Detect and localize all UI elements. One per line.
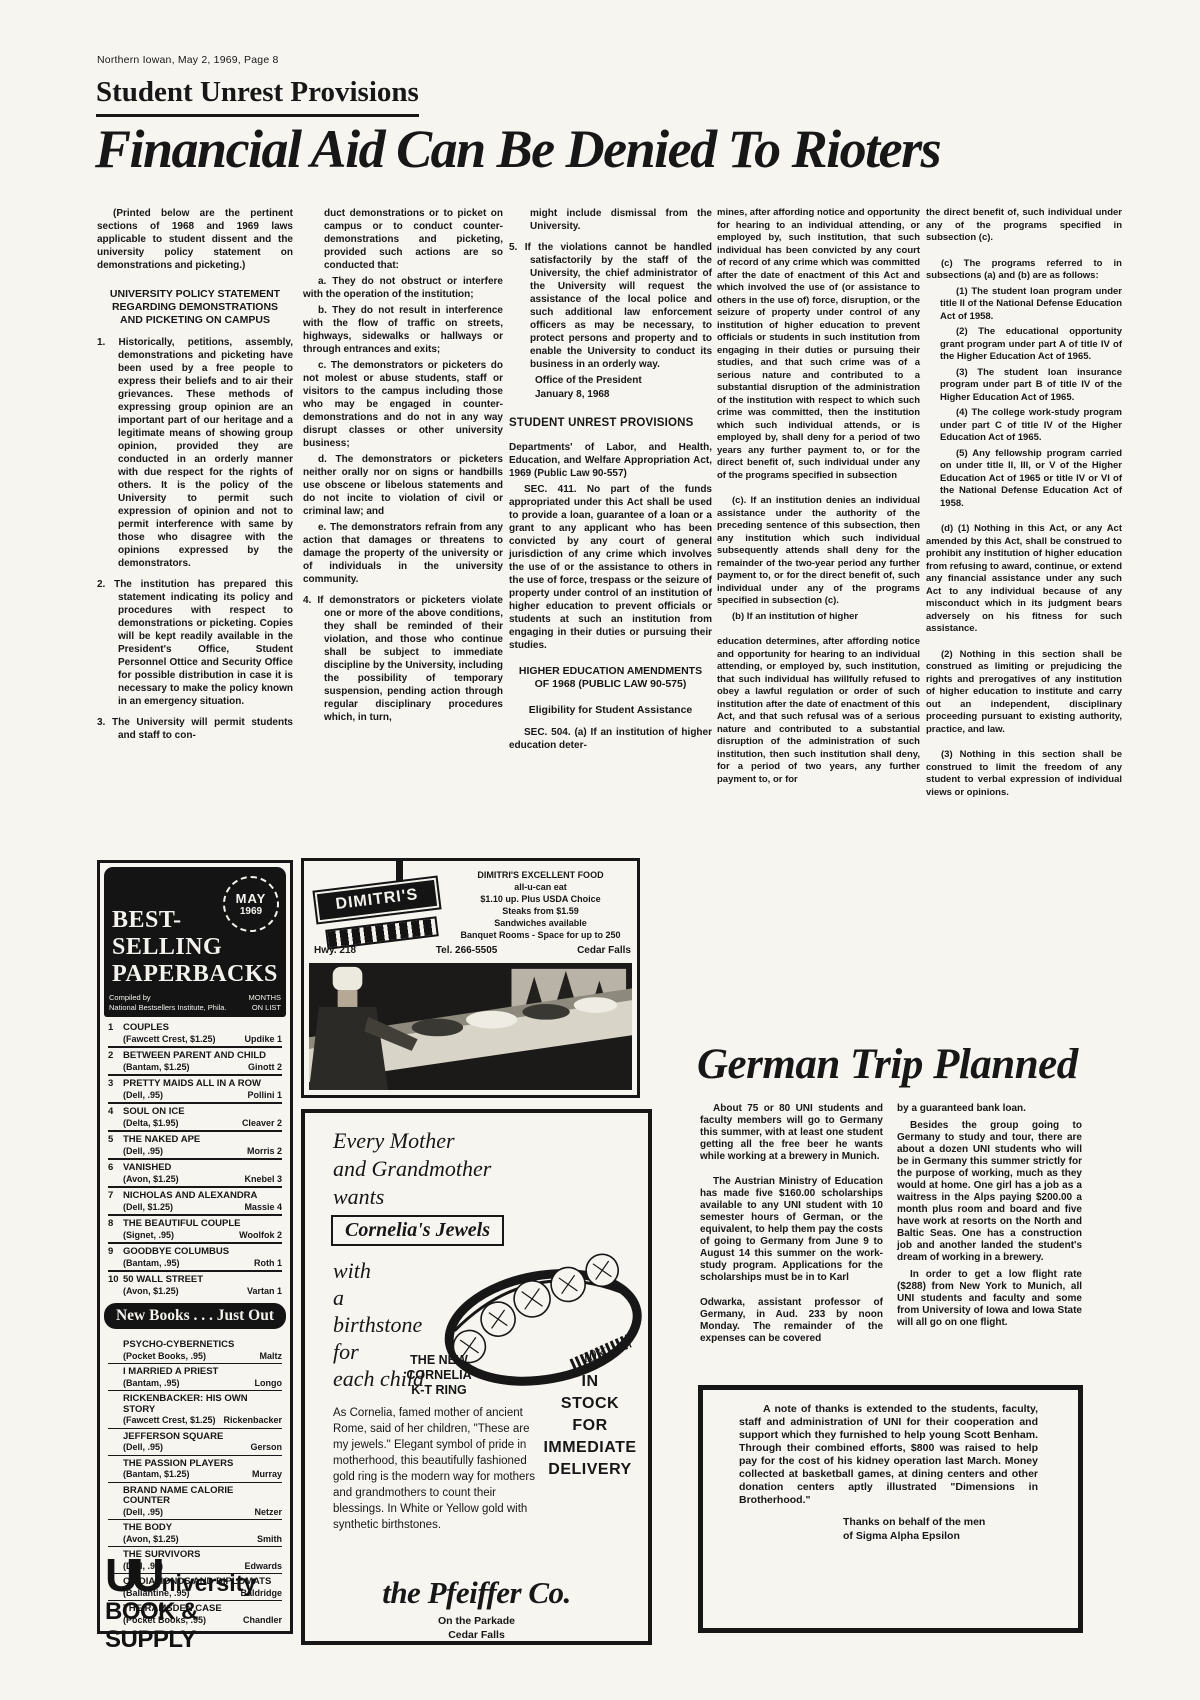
bestseller-entry: 6 VANISHED (Avon, $1.25) Knebel 3 bbox=[108, 1160, 282, 1188]
new-book-entry: THE PASSION PLAYERS (Bantam, $1.25) Murr… bbox=[108, 1456, 282, 1483]
book-months-on-list: 2 bbox=[277, 1062, 282, 1072]
book-publisher-price: (Dell, .95) bbox=[123, 1442, 163, 1453]
book-title-line: 9 GOODBYE COLUMBUS bbox=[108, 1247, 282, 1258]
book-title-line: 4 SOUL ON ICE bbox=[108, 1107, 282, 1118]
ad-stacked-line: a bbox=[333, 1284, 424, 1311]
article-paragraph: education determines, after affording no… bbox=[717, 636, 920, 786]
book-months-on-list: 1 bbox=[277, 1258, 282, 1268]
store-location: On the ParkadeCedar Falls bbox=[305, 1615, 648, 1642]
book-detail-line: (Avon, $1.25) Knebel 3 bbox=[108, 1174, 282, 1185]
ad-lead-line: and Grandmother bbox=[333, 1155, 491, 1183]
ad-lead-text: Every Motherand Grandmotherwants bbox=[333, 1127, 491, 1211]
article-paragraph: (b) If an institution of higher bbox=[717, 611, 920, 624]
article-paragraph: might include dismissal from the Univers… bbox=[509, 207, 712, 233]
article-paragraph: Departments' of Labor, and Health, Educa… bbox=[509, 441, 712, 480]
ad-stacked-line: birthstone bbox=[333, 1311, 424, 1338]
book-title-line: THE BODY bbox=[108, 1523, 282, 1534]
article-paragraph: (2) Nothing in this section shall be con… bbox=[926, 649, 1122, 737]
book-detail-line: (Signet, .95) Woolfok 2 bbox=[108, 1230, 282, 1241]
book-detail-line: (Dell, .95) Netzer bbox=[108, 1507, 282, 1518]
book-title-line: 5 THE NAKED APE bbox=[108, 1135, 282, 1146]
book-author: Netzer bbox=[254, 1507, 282, 1517]
book-rank bbox=[108, 1432, 123, 1443]
book-author-months: Cleaver 2 bbox=[238, 1118, 282, 1129]
book-publisher-price: (Avon, $1.25) bbox=[123, 1534, 179, 1545]
book-author: Updike bbox=[244, 1034, 274, 1044]
uu-logo-glyph: UU bbox=[105, 1548, 157, 1602]
book-publisher-price: (Signet, .95) bbox=[123, 1230, 174, 1241]
book-rank: 4 bbox=[108, 1107, 123, 1118]
article-column-1: (Printed below are the pertinent section… bbox=[97, 207, 293, 745]
book-title: GOODBYE COLUMBUS bbox=[123, 1247, 229, 1258]
bestseller-entry: 9 GOODBYE COLUMBUS (Bantam, .95) Roth 1 bbox=[108, 1244, 282, 1272]
book-publisher-price: (Bantam, $1.25) bbox=[123, 1062, 190, 1073]
article-paragraph: b. They do not result in interference wi… bbox=[303, 304, 503, 356]
book-title: PSYCHO-CYBERNETICS bbox=[123, 1340, 234, 1351]
compiled-by-block: Compiled by National Bestsellers Institu… bbox=[109, 993, 281, 1012]
buffet-photo-art bbox=[309, 963, 632, 1090]
article-paragraph: 2. The institution has prepared this sta… bbox=[97, 578, 293, 708]
new-book-entry: JEFFERSON SQUARE (Dell, .95) Gerson bbox=[108, 1429, 282, 1456]
book-author: Woolfok bbox=[239, 1230, 274, 1240]
compiled-by-line2: National Bestsellers Institute, Phila. bbox=[109, 1003, 227, 1013]
dimitris-ad-line: $1.10 up. Plus USDA Choice bbox=[444, 893, 637, 905]
book-rank bbox=[108, 1523, 123, 1534]
compiled-by-line1: Compiled by bbox=[109, 993, 227, 1003]
book-detail-line: (Dell, .95) Gerson bbox=[108, 1442, 282, 1453]
article-paragraph: SEC. 411. No part of the funds appropria… bbox=[509, 483, 712, 652]
book-detail-line: (Bantam, .95) Longo bbox=[108, 1378, 282, 1389]
article-paragraph: (c). If an institution denies an individ… bbox=[717, 495, 920, 608]
book-months-on-list: 1 bbox=[277, 1034, 282, 1044]
university-book-supply-logo: UU niversity BOOK & SUPPLY bbox=[105, 1548, 293, 1654]
article-paragraph: a. They do not obstruct or interfere wit… bbox=[303, 275, 503, 301]
book-title: NICHOLAS AND ALEXANDRA bbox=[123, 1191, 257, 1202]
buffet-photo bbox=[309, 963, 632, 1090]
book-publisher-price: (Bantam, $1.25) bbox=[123, 1469, 190, 1480]
dimitris-ad-line: Sandwiches available bbox=[444, 917, 637, 929]
article-paragraph: mines, after affording notice and opport… bbox=[717, 207, 920, 482]
in-stock-banner: INSTOCKFORIMMEDIATEDELIVERY bbox=[537, 1371, 643, 1481]
book-title: I MARRIED A PRIEST bbox=[123, 1367, 218, 1378]
dimitris-restaurant-ad: DIMITRI'S DIMITRI'S EXCELLENT FOODall-u-… bbox=[301, 858, 640, 1098]
article-paragraph: (1) The student loan program under title… bbox=[926, 286, 1122, 324]
article-column-3: might include dismissal from the Univers… bbox=[509, 207, 712, 755]
book-months-on-list: 3 bbox=[277, 1174, 282, 1184]
store-name-line: UU niversity bbox=[105, 1548, 293, 1602]
article-paragraph: STUDENT UNREST PROVISIONS bbox=[509, 417, 712, 430]
book-publisher-price: (Avon, $1.25) bbox=[123, 1174, 179, 1185]
book-publisher-price: (Dell, .95) bbox=[123, 1090, 163, 1101]
book-author-months: Ginott 2 bbox=[244, 1062, 282, 1073]
book-detail-line: (Avon, $1.25) Vartan 1 bbox=[108, 1286, 282, 1297]
in-stock-line: STOCK bbox=[537, 1393, 643, 1415]
city-label: Cedar Falls bbox=[577, 945, 631, 956]
product-name: THE NEWCORNELIAK-T RING bbox=[391, 1353, 487, 1398]
article-paragraph: UNIVERSITY POLICY STATEMENT REGARDING DE… bbox=[101, 288, 289, 327]
article-paragraph: (Printed below are the pertinent section… bbox=[97, 207, 293, 272]
book-author-months: Netzer bbox=[250, 1507, 282, 1518]
book-publisher-price: (Delta, $1.95) bbox=[123, 1118, 179, 1129]
article-paragraph: Besides the group going to Germany to st… bbox=[897, 1120, 1082, 1264]
bestselling-paperbacks-ad: MAY 1969 BEST-SELLING PAPERBACKS Compile… bbox=[97, 860, 293, 1634]
book-author-months: Longo bbox=[251, 1378, 283, 1389]
book-detail-line: (Dell, .95) Pollini 1 bbox=[108, 1090, 282, 1101]
store-name: niversity bbox=[161, 1570, 256, 1597]
store-name-line2: BOOK & SUPPLY bbox=[105, 1598, 293, 1654]
book-detail-line: (Dell, $1.25) Massie 4 bbox=[108, 1202, 282, 1213]
german-trip-column-2: by a guaranteed bank loan.Besides the gr… bbox=[897, 1103, 1082, 1334]
article-paragraph: by a guaranteed bank loan. bbox=[897, 1103, 1082, 1115]
book-author-months: Woolfok 2 bbox=[235, 1230, 282, 1241]
book-title-line: I MARRIED A PRIEST bbox=[108, 1367, 282, 1378]
new-book-entry: I MARRIED A PRIEST (Bantam, .95) Longo bbox=[108, 1364, 282, 1391]
book-publisher-price: (Pocket Books, .95) bbox=[123, 1351, 206, 1362]
badge-month: MAY bbox=[236, 891, 267, 906]
book-detail-line: (Avon, $1.25) Smith bbox=[108, 1534, 282, 1545]
book-author: Longo bbox=[255, 1378, 283, 1388]
ad-lead-line: wants bbox=[333, 1183, 491, 1211]
thanks-signature-line1: Thanks on behalf of the men bbox=[739, 1516, 1038, 1530]
book-title: JEFFERSON SQUARE bbox=[123, 1432, 223, 1443]
book-publisher-price: (Avon, $1.25) bbox=[123, 1286, 179, 1297]
book-title-line: 8 THE BEAUTIFUL COUPLE bbox=[108, 1219, 282, 1230]
book-title: PRETTY MAIDS ALL IN A ROW bbox=[123, 1079, 261, 1090]
article-paragraph: Office of the President bbox=[509, 374, 712, 387]
bestseller-entry: 3 PRETTY MAIDS ALL IN A ROW (Dell, .95) … bbox=[108, 1076, 282, 1104]
ad-title-line1: BEST-SELLING bbox=[112, 907, 286, 961]
book-publisher-price: (Bantam, .95) bbox=[123, 1258, 180, 1269]
ad-title-line2: PAPERBACKS bbox=[112, 961, 286, 988]
book-author-months: Roth 1 bbox=[250, 1258, 282, 1269]
german-trip-headline: German Trip Planned bbox=[697, 1040, 1078, 1089]
book-author: Maltz bbox=[260, 1351, 283, 1361]
book-rank: 9 bbox=[108, 1247, 123, 1258]
article-paragraph: (4) The college work-study program under… bbox=[926, 407, 1122, 445]
book-rank bbox=[108, 1459, 123, 1470]
dimitris-ad-line: all-u-can eat bbox=[444, 881, 637, 893]
months-on-list-label: MONTHS ON LIST bbox=[249, 993, 282, 1012]
book-title-line: BRAND NAME CALORIE COUNTER bbox=[108, 1486, 282, 1507]
dimitris-ad-text: DIMITRI'S EXCELLENT FOODall-u-can eat$1.… bbox=[444, 869, 637, 941]
book-title: THE NAKED APE bbox=[123, 1135, 200, 1146]
book-author: Pollini bbox=[247, 1090, 274, 1100]
book-rank: 6 bbox=[108, 1163, 123, 1174]
book-rank bbox=[108, 1486, 123, 1507]
book-title-line: 10 50 WALL STREET bbox=[108, 1275, 282, 1286]
article-paragraph: The Austrian Ministry of Education has m… bbox=[700, 1176, 883, 1284]
article-paragraph: Eligibility for Student Assistance bbox=[513, 704, 708, 717]
book-title-line: JEFFERSON SQUARE bbox=[108, 1432, 282, 1443]
book-title-line: RICKENBACKER: HIS OWN STORY bbox=[108, 1394, 282, 1415]
article-paragraph: (3) The student loan insurance program u… bbox=[926, 367, 1122, 405]
book-title-line: THE PASSION PLAYERS bbox=[108, 1459, 282, 1470]
dimitris-ad-line: DIMITRI'S EXCELLENT FOOD bbox=[444, 869, 637, 881]
top10-list: 1 COUPLES (Fawcett Crest, $1.25) Updike … bbox=[104, 1017, 286, 1298]
book-author: Gerson bbox=[250, 1442, 282, 1452]
article-paragraph: c. The demonstrators or picketers do not… bbox=[303, 359, 503, 450]
book-detail-line: (Bantam, $1.25) Ginott 2 bbox=[108, 1062, 282, 1073]
book-author: Morris bbox=[247, 1146, 275, 1156]
book-author-months: Vartan 1 bbox=[243, 1286, 282, 1297]
book-title: THE PASSION PLAYERS bbox=[123, 1459, 233, 1470]
article-paragraph: d. The demonstrators or picketers neithe… bbox=[303, 453, 503, 518]
book-publisher-price: (Dell, $1.25) bbox=[123, 1202, 173, 1213]
article-paragraph: the direct benefit of, such individual u… bbox=[926, 207, 1122, 245]
dimitris-sign: DIMITRI'S bbox=[315, 878, 440, 923]
book-rank: 2 bbox=[108, 1051, 123, 1062]
book-title-line: 6 VANISHED bbox=[108, 1163, 282, 1174]
article-paragraph: In order to get a low flight rate ($288)… bbox=[897, 1269, 1082, 1329]
book-author: Cleaver bbox=[242, 1118, 275, 1128]
book-detail-line: (Bantam, $1.25) Murray bbox=[108, 1469, 282, 1480]
article-paragraph: (2) The educational opportunity grant pr… bbox=[926, 326, 1122, 364]
book-title-line: 3 PRETTY MAIDS ALL IN A ROW bbox=[108, 1079, 282, 1090]
new-book-entry: RICKENBACKER: HIS OWN STORY (Fawcett Cre… bbox=[108, 1391, 282, 1429]
book-author: Massie bbox=[244, 1202, 274, 1212]
book-rank bbox=[108, 1367, 123, 1378]
book-title: BRAND NAME CALORIE COUNTER bbox=[123, 1486, 282, 1507]
article-column-2: duct demonstrations or to picket on camp… bbox=[303, 207, 503, 727]
book-author: Murray bbox=[252, 1469, 282, 1479]
book-title: THE BEAUTIFUL COUPLE bbox=[123, 1219, 241, 1230]
new-book-entry: BRAND NAME CALORIE COUNTER (Dell, .95) N… bbox=[108, 1483, 282, 1521]
book-rank bbox=[108, 1340, 123, 1351]
highway-label: Hwy. 218 bbox=[314, 945, 356, 956]
book-detail-line: (Bantam, .95) Roth 1 bbox=[108, 1258, 282, 1269]
article-paragraph: (d) (1) Nothing in this Act, or any Act … bbox=[926, 523, 1122, 636]
book-rank: 1 bbox=[108, 1023, 123, 1034]
article-paragraph: 1. Historically, petitions, assembly, de… bbox=[97, 336, 293, 570]
ad-body-copy: As Cornelia, famed mother of ancient Rom… bbox=[333, 1405, 539, 1533]
book-months-on-list: 1 bbox=[277, 1090, 282, 1100]
book-title: COUPLES bbox=[123, 1023, 169, 1034]
on-list-label: ON LIST bbox=[249, 1003, 282, 1013]
article-paragraph: January 8, 1968 bbox=[509, 388, 712, 401]
phone-label: Tel. 266-5505 bbox=[436, 945, 498, 956]
book-rank: 7 bbox=[108, 1191, 123, 1202]
article-paragraph: (3) Nothing in this section shall be con… bbox=[926, 749, 1122, 799]
article-paragraph: duct demonstrations or to picket on camp… bbox=[303, 207, 503, 272]
book-detail-line: (Fawcett Crest, $1.25) Updike 1 bbox=[108, 1034, 282, 1045]
store-location-line: Cedar Falls bbox=[305, 1629, 648, 1643]
book-title: THE BODY bbox=[123, 1523, 172, 1534]
book-rank: 5 bbox=[108, 1135, 123, 1146]
book-detail-line: (Dell, .95) Morris 2 bbox=[108, 1146, 282, 1157]
book-author-months: Gerson bbox=[246, 1442, 282, 1453]
book-author-months: Smith bbox=[253, 1534, 282, 1545]
book-author: Rickenbacker bbox=[223, 1415, 282, 1425]
book-author-months: Knebel 3 bbox=[240, 1174, 282, 1185]
article-paragraph: (5) Any fellowship program carried on un… bbox=[926, 448, 1122, 511]
ad-stacked-line: with bbox=[333, 1257, 424, 1284]
article-column-4: mines, after affording notice and opport… bbox=[717, 207, 920, 789]
store-location-line: On the Parkade bbox=[305, 1615, 648, 1629]
book-title: BETWEEN PARENT AND CHILD bbox=[123, 1051, 266, 1062]
book-author-months: Murray bbox=[248, 1469, 282, 1480]
book-months-on-list: 1 bbox=[277, 1286, 282, 1296]
in-stock-line: IN bbox=[537, 1371, 643, 1393]
thanks-signature-line2: of Sigma Alpha Epsilon bbox=[739, 1530, 1038, 1544]
bestseller-entry: 2 BETWEEN PARENT AND CHILD (Bantam, $1.2… bbox=[108, 1048, 282, 1076]
bestseller-entry: 8 THE BEAUTIFUL COUPLE (Signet, .95) Woo… bbox=[108, 1216, 282, 1244]
book-months-on-list: 2 bbox=[277, 1118, 282, 1128]
pfeiffer-co-script-logo: the Pfeiffer Co. bbox=[305, 1575, 648, 1611]
book-author: Roth bbox=[254, 1258, 275, 1268]
book-detail-line: (Fawcett Crest, $1.25) Rickenbacker bbox=[108, 1415, 282, 1426]
in-stock-line: FOR bbox=[537, 1415, 643, 1437]
book-publisher-price: (Bantam, .95) bbox=[123, 1378, 180, 1389]
book-detail-line: (Delta, $1.95) Cleaver 2 bbox=[108, 1118, 282, 1129]
article-paragraph: (c) The programs referred to in subsecti… bbox=[926, 258, 1122, 283]
book-months-on-list: 4 bbox=[277, 1202, 282, 1212]
book-author: Ginott bbox=[248, 1062, 275, 1072]
article-column-5: the direct benefit of, such individual u… bbox=[926, 207, 1122, 802]
book-publisher-price: (Dell, .95) bbox=[123, 1507, 163, 1518]
book-author: Smith bbox=[257, 1534, 282, 1544]
bestseller-entry: 5 THE NAKED APE (Dell, .95) Morris 2 bbox=[108, 1132, 282, 1160]
bestseller-entry: 1 COUPLES (Fawcett Crest, $1.25) Updike … bbox=[108, 1020, 282, 1048]
new-book-entry: THE BODY (Avon, $1.25) Smith bbox=[108, 1520, 282, 1547]
bestseller-entry: 4 SOUL ON ICE (Delta, $1.95) Cleaver 2 bbox=[108, 1104, 282, 1132]
book-detail-line: (Pocket Books, .95) Maltz bbox=[108, 1351, 282, 1362]
book-author-months: Morris 2 bbox=[243, 1146, 282, 1157]
book-title: VANISHED bbox=[123, 1163, 171, 1174]
book-author-months: Updike 1 bbox=[240, 1034, 282, 1045]
book-title-line: 7 NICHOLAS AND ALEXANDRA bbox=[108, 1191, 282, 1202]
ad-lead-line: Every Mother bbox=[333, 1127, 491, 1155]
book-months-on-list: 2 bbox=[277, 1230, 282, 1240]
masthead: Northern Iowan, May 2, 1969, Page 8 bbox=[97, 54, 279, 66]
dimitris-ad-line: Banquet Rooms - Space for up to 250 bbox=[444, 929, 637, 941]
book-title: SOUL ON ICE bbox=[123, 1107, 185, 1118]
book-author: Knebel bbox=[244, 1174, 274, 1184]
article-paragraph: 4. If demonstrators or picketers violate… bbox=[303, 594, 503, 724]
product-name-line: THE NEW bbox=[391, 1353, 487, 1368]
article-paragraph: 3. The University will permit students a… bbox=[97, 716, 293, 742]
book-title-line: 2 BETWEEN PARENT AND CHILD bbox=[108, 1051, 282, 1062]
book-author-months: Maltz bbox=[256, 1351, 283, 1362]
book-title-line: 1 COUPLES bbox=[108, 1023, 282, 1034]
book-rank bbox=[108, 1394, 123, 1415]
newspaper-page: Northern Iowan, May 2, 1969, Page 8 Stud… bbox=[0, 0, 1200, 1700]
german-trip-column-1: About 75 or 80 UNI students and faculty … bbox=[700, 1103, 883, 1350]
new-book-entry: PSYCHO-CYBERNETICS (Pocket Books, .95) M… bbox=[108, 1337, 282, 1364]
bestseller-entry: 7 NICHOLAS AND ALEXANDRA (Dell, $1.25) M… bbox=[108, 1188, 282, 1216]
book-title: 50 WALL STREET bbox=[123, 1275, 203, 1286]
product-name-line: K-T RING bbox=[391, 1383, 487, 1398]
sigma-alpha-epsilon-thanks-box: A note of thanks is extended to the stud… bbox=[698, 1385, 1083, 1633]
dimitris-ad-line: Steaks from $1.59 bbox=[444, 905, 637, 917]
kicker-headline: Student Unrest Provisions bbox=[96, 76, 419, 117]
bestseller-entry: 10 50 WALL STREET (Avon, $1.25) Vartan 1 bbox=[108, 1272, 282, 1298]
book-author: Vartan bbox=[247, 1286, 275, 1296]
article-paragraph: SEC. 504. (a) If an institution of highe… bbox=[509, 726, 712, 752]
book-publisher-price: (Fawcett Crest, $1.25) bbox=[123, 1034, 216, 1045]
article-paragraph: About 75 or 80 UNI students and faculty … bbox=[700, 1103, 883, 1163]
main-headline: Financial Aid Can Be Denied To Rioters bbox=[95, 118, 1125, 180]
book-title: RICKENBACKER: HIS OWN STORY bbox=[123, 1394, 282, 1415]
book-publisher-price: (Dell, .95) bbox=[123, 1146, 163, 1157]
article-paragraph: 5. If the violations cannot be handled s… bbox=[509, 241, 712, 371]
book-title-line: PSYCHO-CYBERNETICS bbox=[108, 1340, 282, 1351]
article-paragraph: HIGHER EDUCATION AMENDMENTS OF 1968 (PUB… bbox=[513, 665, 708, 691]
book-rank: 3 bbox=[108, 1079, 123, 1090]
new-books-banner: New Books . . . Just Out bbox=[104, 1303, 286, 1329]
book-rank: 8 bbox=[108, 1219, 123, 1230]
compiled-by: Compiled by National Bestsellers Institu… bbox=[109, 993, 227, 1012]
paperbacks-ad-header: MAY 1969 BEST-SELLING PAPERBACKS Compile… bbox=[104, 867, 286, 1017]
thanks-body: A note of thanks is extended to the stud… bbox=[739, 1403, 1038, 1507]
article-paragraph: e. The demonstrators refrain from any ac… bbox=[303, 521, 503, 586]
book-publisher-price: (Fawcett Crest, $1.25) bbox=[123, 1415, 216, 1426]
book-rank: 10 bbox=[108, 1275, 123, 1286]
paperbacks-ad-title: BEST-SELLING PAPERBACKS bbox=[112, 907, 286, 988]
book-author-months: Pollini 1 bbox=[243, 1090, 282, 1101]
product-name-line: CORNELIA bbox=[391, 1368, 487, 1383]
in-stock-line: DELIVERY bbox=[537, 1459, 643, 1481]
book-author-months: Rickenbacker bbox=[219, 1415, 282, 1426]
months-label: MONTHS bbox=[249, 993, 282, 1003]
pfeiffer-cornelia-ring-ad: Every Motherand Grandmotherwants Corneli… bbox=[301, 1109, 652, 1645]
book-months-on-list: 2 bbox=[277, 1146, 282, 1156]
dimitris-contact-row: Hwy. 218 Tel. 266-5505 Cedar Falls bbox=[314, 945, 631, 956]
in-stock-line: IMMEDIATE bbox=[537, 1437, 643, 1459]
article-paragraph: Odwarka, assistant professor of Germany,… bbox=[700, 1297, 883, 1345]
book-author-months: Massie 4 bbox=[240, 1202, 282, 1213]
